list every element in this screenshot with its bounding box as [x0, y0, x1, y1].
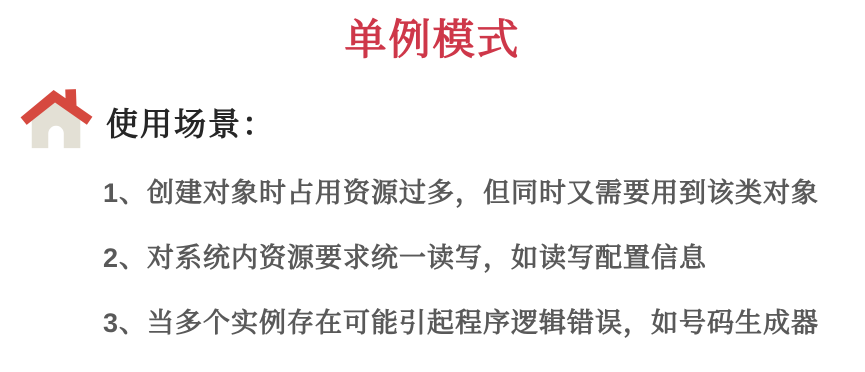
page-title: 单例模式 — [0, 0, 865, 64]
scenario-list: 1、创建对象时占用资源过多，但同时又需要用到该类对象 2、对系统内资源要求统一读… — [103, 177, 865, 340]
scenario-item-2: 2、对系统内资源要求统一读写，如读写配置信息 — [103, 242, 865, 276]
scenario-item-3: 3、当多个实例存在可能引起程序逻辑错误，如号码生成器 — [103, 307, 865, 341]
scenario-header: 使用场景： — [18, 86, 865, 157]
slide-page: 单例模式 使用场景： 1、创建对象时占用资源过多，但同时又需要用到该类对象 2、… — [0, 0, 865, 372]
scenario-item-1: 1、创建对象时占用资源过多，但同时又需要用到该类对象 — [103, 177, 865, 211]
home-icon — [18, 86, 96, 157]
scenario-heading: 使用场景： — [106, 99, 276, 145]
